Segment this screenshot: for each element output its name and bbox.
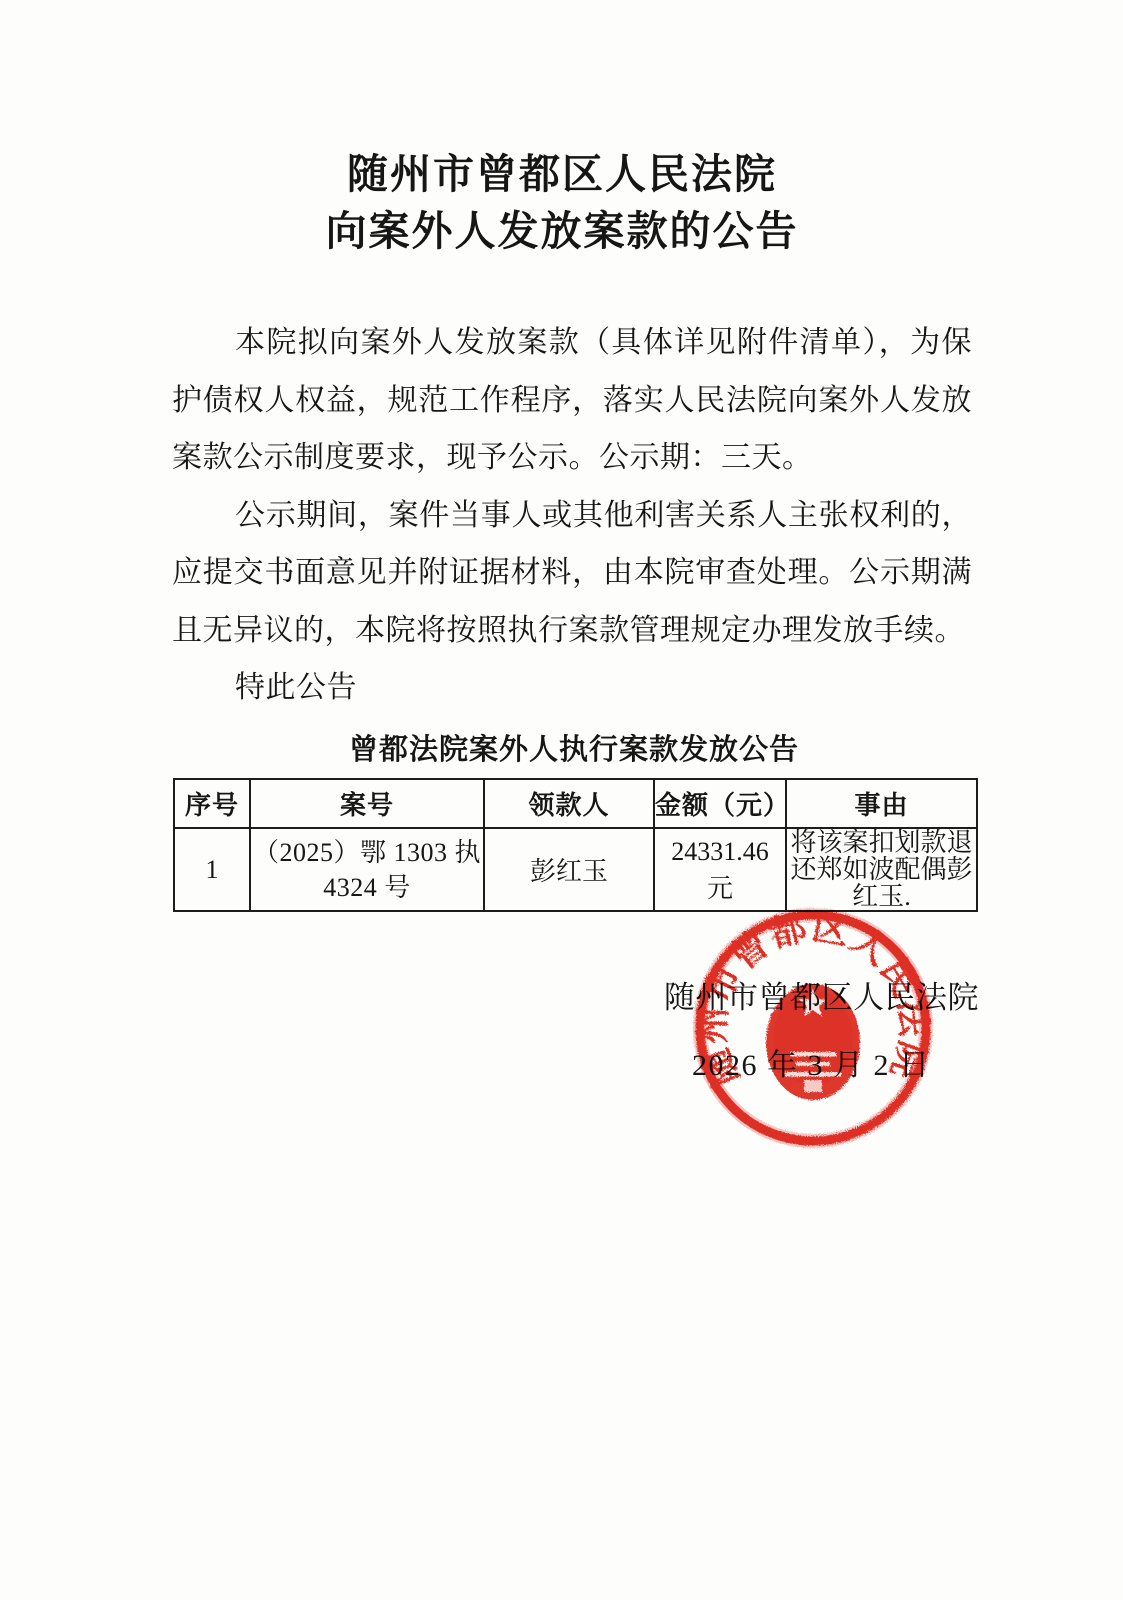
paragraph-2: 公示期间，案件当事人或其他利害关系人主张权利的，应提交书面意见并附证据材料，由本… [172, 487, 972, 660]
official-court-seal: 随州市曾都区人民法院 [683, 898, 943, 1158]
col-header-reason: 事由 [786, 779, 977, 828]
payout-table: 序号 案号 领款人 金额（元） 事由 1 （2025）鄂 1303 执 4324… [173, 778, 978, 912]
paragraph-1: 本院拟向案外人发放案款（具体详见附件清单），为保护债权人权益，规范工作程序，落实… [172, 314, 972, 487]
col-header-payee: 领款人 [484, 779, 654, 828]
doc-title-line2: 向案外人发放案款的公告 [161, 207, 963, 255]
cell-case-no: （2025）鄂 1303 执 4324 号 [250, 828, 484, 911]
table-title: 曾都法院案外人执行案款发放公告 [173, 727, 975, 768]
document-page: 随州市曾都区人民法院 向案外人发放案款的公告 本院拟向案外人发放案款（具体详见附… [0, 0, 1123, 1600]
table-header-row: 序号 案号 领款人 金额（元） 事由 [174, 779, 977, 828]
cell-index: 1 [174, 828, 250, 911]
closing-line: 特此公告 [172, 659, 972, 717]
col-header-amount: 金额（元） [654, 779, 786, 828]
national-emblem-icon [766, 984, 860, 1100]
cell-payee: 彭红玉 [484, 828, 654, 911]
col-header-case-no: 案号 [250, 779, 484, 828]
doc-title-line1: 随州市曾都区人民法院 [161, 150, 963, 198]
doc-body: 本院拟向案外人发放案款（具体详见附件清单），为保护债权人权益，规范工作程序，落实… [172, 314, 972, 717]
col-header-index: 序号 [174, 779, 250, 828]
